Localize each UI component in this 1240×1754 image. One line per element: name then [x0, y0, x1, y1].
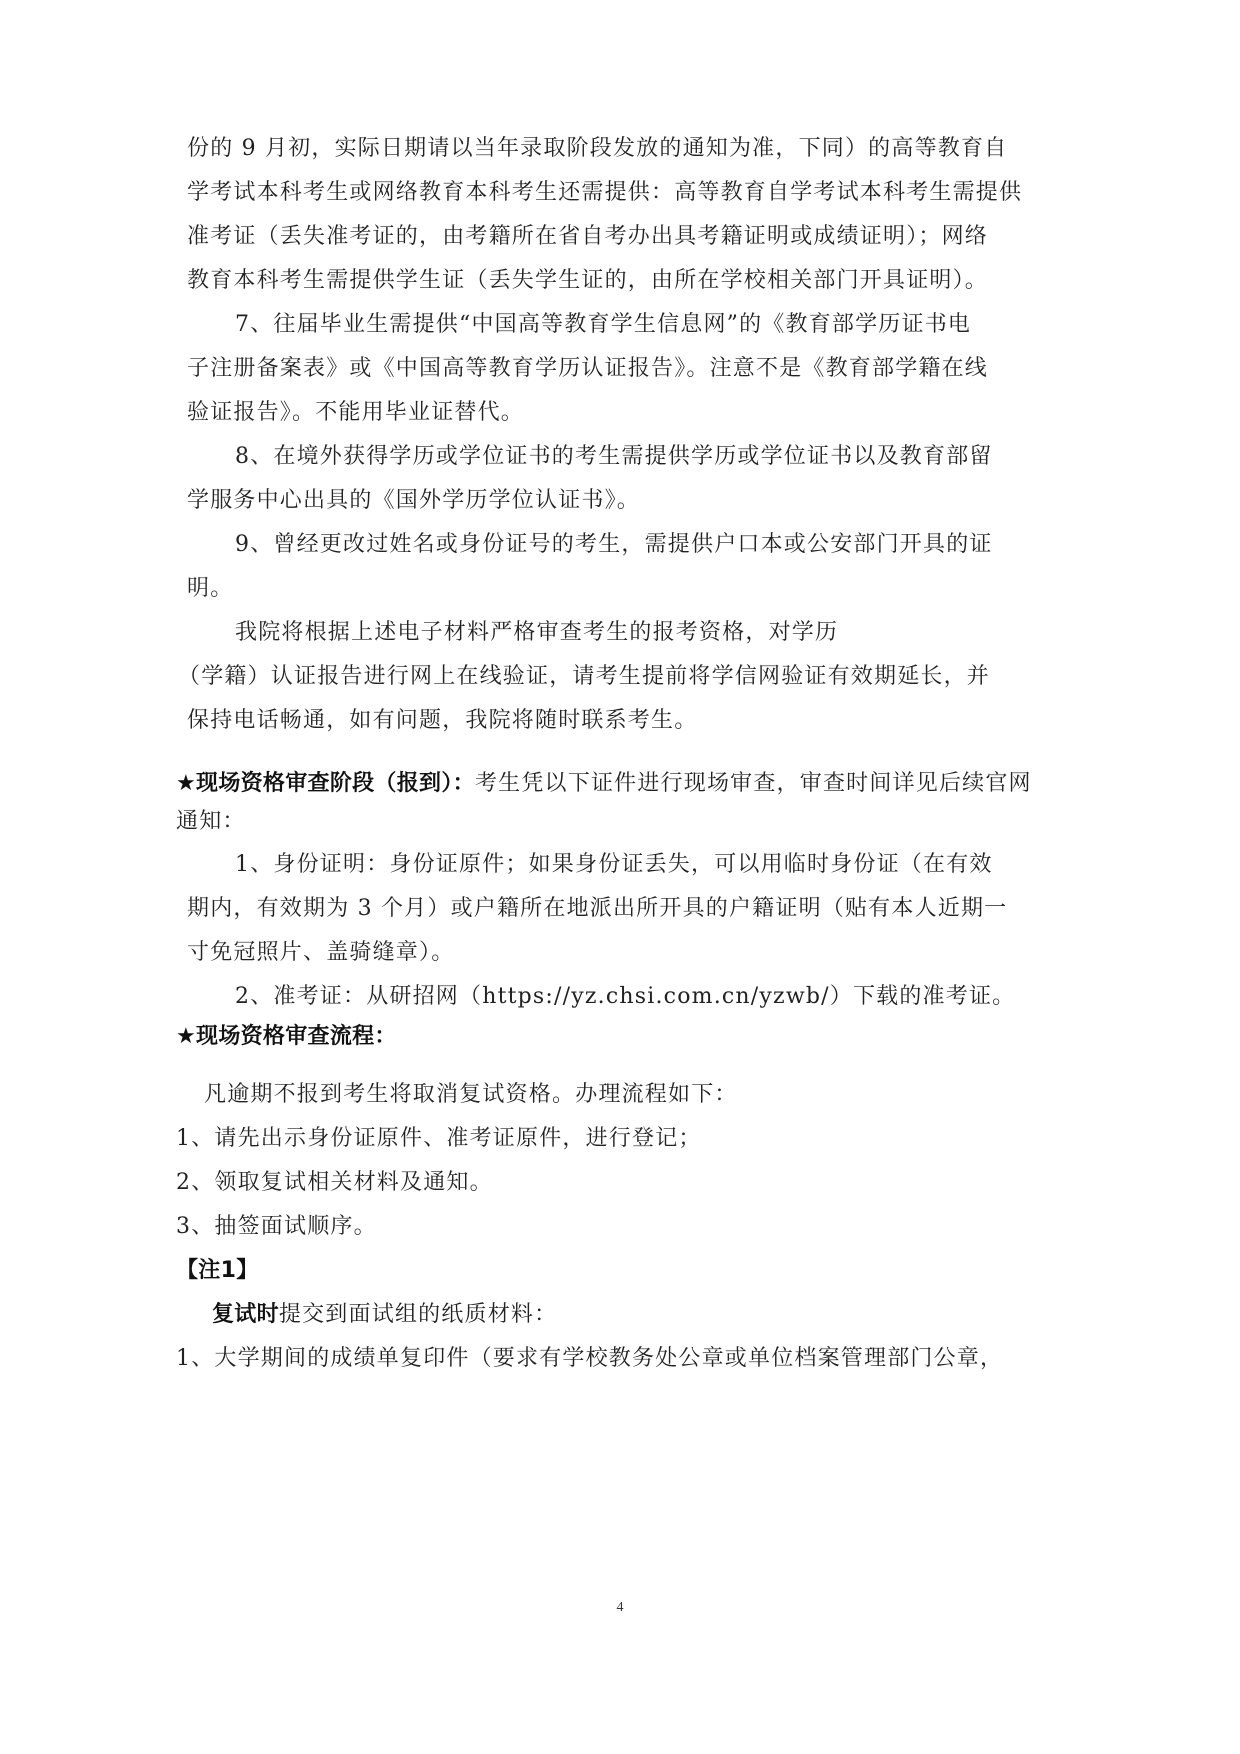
paragraph-line: 验证报告》。不能用毕业证替代。	[187, 398, 524, 428]
paragraph-line: 准考证（丢失准考证的，由考籍所在省自考办出具考籍证明或成绩证明）；网络	[187, 222, 988, 252]
paragraph-line: 期内，有效期为 3 个月）或户籍所在地派出所开具的户籍证明（贴有本人近期一	[187, 894, 1007, 924]
section-heading-onsite-process: ★现场资格审查流程：	[176, 1022, 397, 1052]
page-number: 4	[0, 1600, 1240, 1616]
paragraph-line: （学籍）认证报告进行网上在线验证，请考生提前将学信网验证有效期延长，并	[178, 662, 990, 692]
section-heading-onsite-review: ★现场资格审查阶段（报到）：考生凭以下证件进行现场审查，审查时间详见后续官网	[176, 769, 1032, 799]
paragraph-line: 子注册备案表》或《中国高等教育学历认证报告》。注意不是《教育部学籍在线	[187, 354, 988, 384]
process-step-2: 2、领取复试相关材料及通知。	[176, 1168, 493, 1198]
paragraph-line: 学服务中心出具的《国外学历学位认证书》。	[187, 486, 640, 516]
paragraph-line: 保持电话畅通，如有问题，我院将随时联系考生。	[187, 706, 697, 736]
note-normal-run: 提交到面试组的纸质材料：	[279, 1302, 557, 1327]
note-intro: 复试时提交到面试组的纸质材料：	[212, 1300, 557, 1330]
paragraph-line: 教育本科考生需提供学生证（丢失学生证的，由所在学校相关部门开具证明）。	[187, 266, 988, 296]
heading-bold-run: ★现场资格审查阶段（报到）：	[176, 771, 475, 796]
process-step-1: 1、请先出示身份证原件、准考证原件，进行登记；	[176, 1124, 702, 1154]
list-item-8: 8、在境外获得学历或学位证书的考生需提供学历或学位证书以及教育部留	[235, 442, 993, 472]
paragraph-line: 明。	[187, 574, 233, 604]
list-item-2: 2、准考证：从研招网（https://yz.chsi.com.cn/yzwb/）…	[235, 982, 1015, 1012]
paragraph-line: 通知：	[176, 807, 246, 837]
list-item-9: 9、曾经更改过姓名或身份证号的考生，需提供户口本或公安部门开具的证	[235, 530, 993, 560]
note-bold-run: 复试时	[212, 1302, 279, 1327]
note-heading: 【注1】	[176, 1256, 259, 1286]
paragraph-line: 凡逾期不报到考生将取消复试资格。办理流程如下：	[204, 1080, 738, 1110]
heading-normal-run: 考生凭以下证件进行现场审查，审查时间详见后续官网	[475, 771, 1032, 796]
paragraph-line: 学考试本科考生或网络教育本科考生还需提供：高等教育自学考试本科考生需提供	[187, 178, 1022, 208]
process-step-3: 3、抽签面试顺序。	[176, 1212, 377, 1242]
paragraph-line: 我院将根据上述电子材料严格审查考生的报考资格，对学历	[235, 618, 838, 648]
list-item-7: 7、往届毕业生需提供“中国高等教育学生信息网”的《教育部学历证书电	[235, 310, 971, 340]
document-page: 份的 9 月初，实际日期请以当年录取阶段发放的通知为准，下同）的高等教育自 学考…	[0, 0, 1240, 1754]
materials-item-1: 1、大学期间的成绩单复印件（要求有学校教务处公章或单位档案管理部门公章，	[176, 1344, 1003, 1374]
paragraph-line: 份的 9 月初，实际日期请以当年录取阶段发放的通知为准，下同）的高等教育自	[187, 134, 1007, 164]
paragraph-line: 寸免冠照片、盖骑缝章）。	[187, 938, 454, 968]
list-item-1: 1、身份证明：身份证原件；如果身份证丢失，可以用临时身份证（在有效	[235, 850, 993, 880]
